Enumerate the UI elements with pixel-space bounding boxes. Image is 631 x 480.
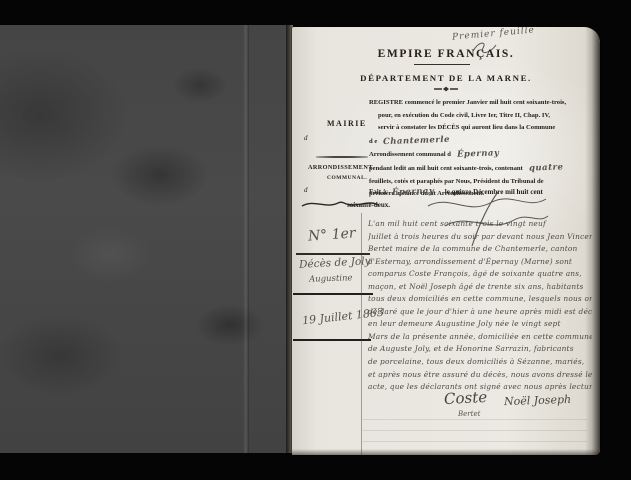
ledger-line xyxy=(362,441,587,442)
page-bottom-edge xyxy=(292,449,600,455)
act-date-rule xyxy=(293,339,371,341)
registre-line-prefix: d e xyxy=(369,138,377,145)
registre-line-feuillets: pendant ledit an mil huit cent soixante-… xyxy=(369,162,589,176)
act-body-line: maçon, et Noël Joseph âgé de trente six … xyxy=(368,281,592,294)
act-body-line: L'an mil huit cent soixante trois le vin… xyxy=(368,218,592,231)
page-subtitle: DÉPARTEMENT DE LA MARNE. xyxy=(292,73,600,83)
margin-de-2: d xyxy=(304,186,308,194)
registre-line: servir à constater les DÉCÈS qui auront … xyxy=(369,122,589,135)
act-body-line: déclaré que le jour d'hier à une heure a… xyxy=(368,306,592,319)
registre-line-commune: d eChantemerle xyxy=(369,135,589,149)
handwritten-feuillets-count: quatre xyxy=(529,161,564,175)
signature-mayor: Bertet xyxy=(458,410,480,418)
register-page: Premier feuille EMPIRE FRANÇAIS. DÉPARTE… xyxy=(292,27,600,455)
act-number-rule xyxy=(296,253,370,255)
registre-line-prefix: Arrondissement communal d xyxy=(369,151,451,158)
registre-line: REGISTRE commencé le premier Janvier mil… xyxy=(369,97,589,110)
fait-prefix: Fait à xyxy=(369,188,386,196)
title-rule xyxy=(414,64,470,65)
cover-crease xyxy=(243,25,249,453)
registre-paragraph: REGISTRE commencé le premier Janvier mil… xyxy=(369,97,589,201)
scanned-register-photo: Premier feuille EMPIRE FRANÇAIS. DÉPARTE… xyxy=(0,0,631,480)
fait-line-2: soixante-deux. xyxy=(347,201,390,209)
act-body: L'an mil huit cent soixante trois le vin… xyxy=(368,218,592,394)
act-body-line: comparus Coste François, âgé de soixante… xyxy=(368,268,592,281)
signature-noel-joseph: Noël Joseph xyxy=(504,393,572,408)
margin-de-1: d xyxy=(304,134,308,142)
margin-rule xyxy=(316,156,368,158)
act-number: N° 1er xyxy=(307,225,356,244)
registre-line-prefix: pendant ledit an mil huit cent soixante-… xyxy=(369,165,523,172)
act-body-line: Mars de la présente année, domiciliée en… xyxy=(368,331,592,344)
handwritten-arrondissement: Épernay xyxy=(457,148,500,162)
ornament-divider xyxy=(434,86,458,92)
act-title-line-2: Augustine xyxy=(309,273,353,285)
page-title: EMPIRE FRANÇAIS. xyxy=(292,48,600,60)
signature-coste: Coste xyxy=(444,388,488,408)
registre-line: pour, en exécution du Code civil, Livre … xyxy=(369,110,589,123)
margin-communal-label: COMMUNAL. xyxy=(327,175,367,181)
act-body-line: de Auguste Joly, et de Honorine Sarrazin… xyxy=(368,343,592,356)
page-right-edge xyxy=(585,27,600,455)
act-title-line-1: Décès de Joly xyxy=(299,255,371,271)
margin-vertical-rule xyxy=(361,213,362,455)
handwritten-commune: Chantemerle xyxy=(383,134,450,149)
margin-arrondissement-label: ARRONDISSEMENT xyxy=(308,164,373,171)
act-body-line: de porcelaine, tous deux domiciliés à Sé… xyxy=(368,356,592,369)
act-body-line: en leur demeure Augustine Joly née le vi… xyxy=(368,318,592,331)
registre-line-arrondissement: Arrondissement communal dÉpernay xyxy=(369,148,589,162)
act-body-line: Juillet à trois heures du soir par devan… xyxy=(368,231,592,244)
book-cover xyxy=(0,25,289,453)
act-body-line: d'Esternay, arrondissement d'Épernay (Ma… xyxy=(368,256,592,269)
margin-mairie-label: MAIRIE xyxy=(327,119,367,128)
ledger-line xyxy=(362,419,587,420)
ledger-line xyxy=(362,430,587,431)
act-body-line: et après nous être assuré du décès, nous… xyxy=(368,369,592,382)
act-body-line: tous deux domiciliés en cette commune, l… xyxy=(368,293,592,306)
act-body-line: Bertet maire de la commune de Chantemerl… xyxy=(368,243,592,256)
